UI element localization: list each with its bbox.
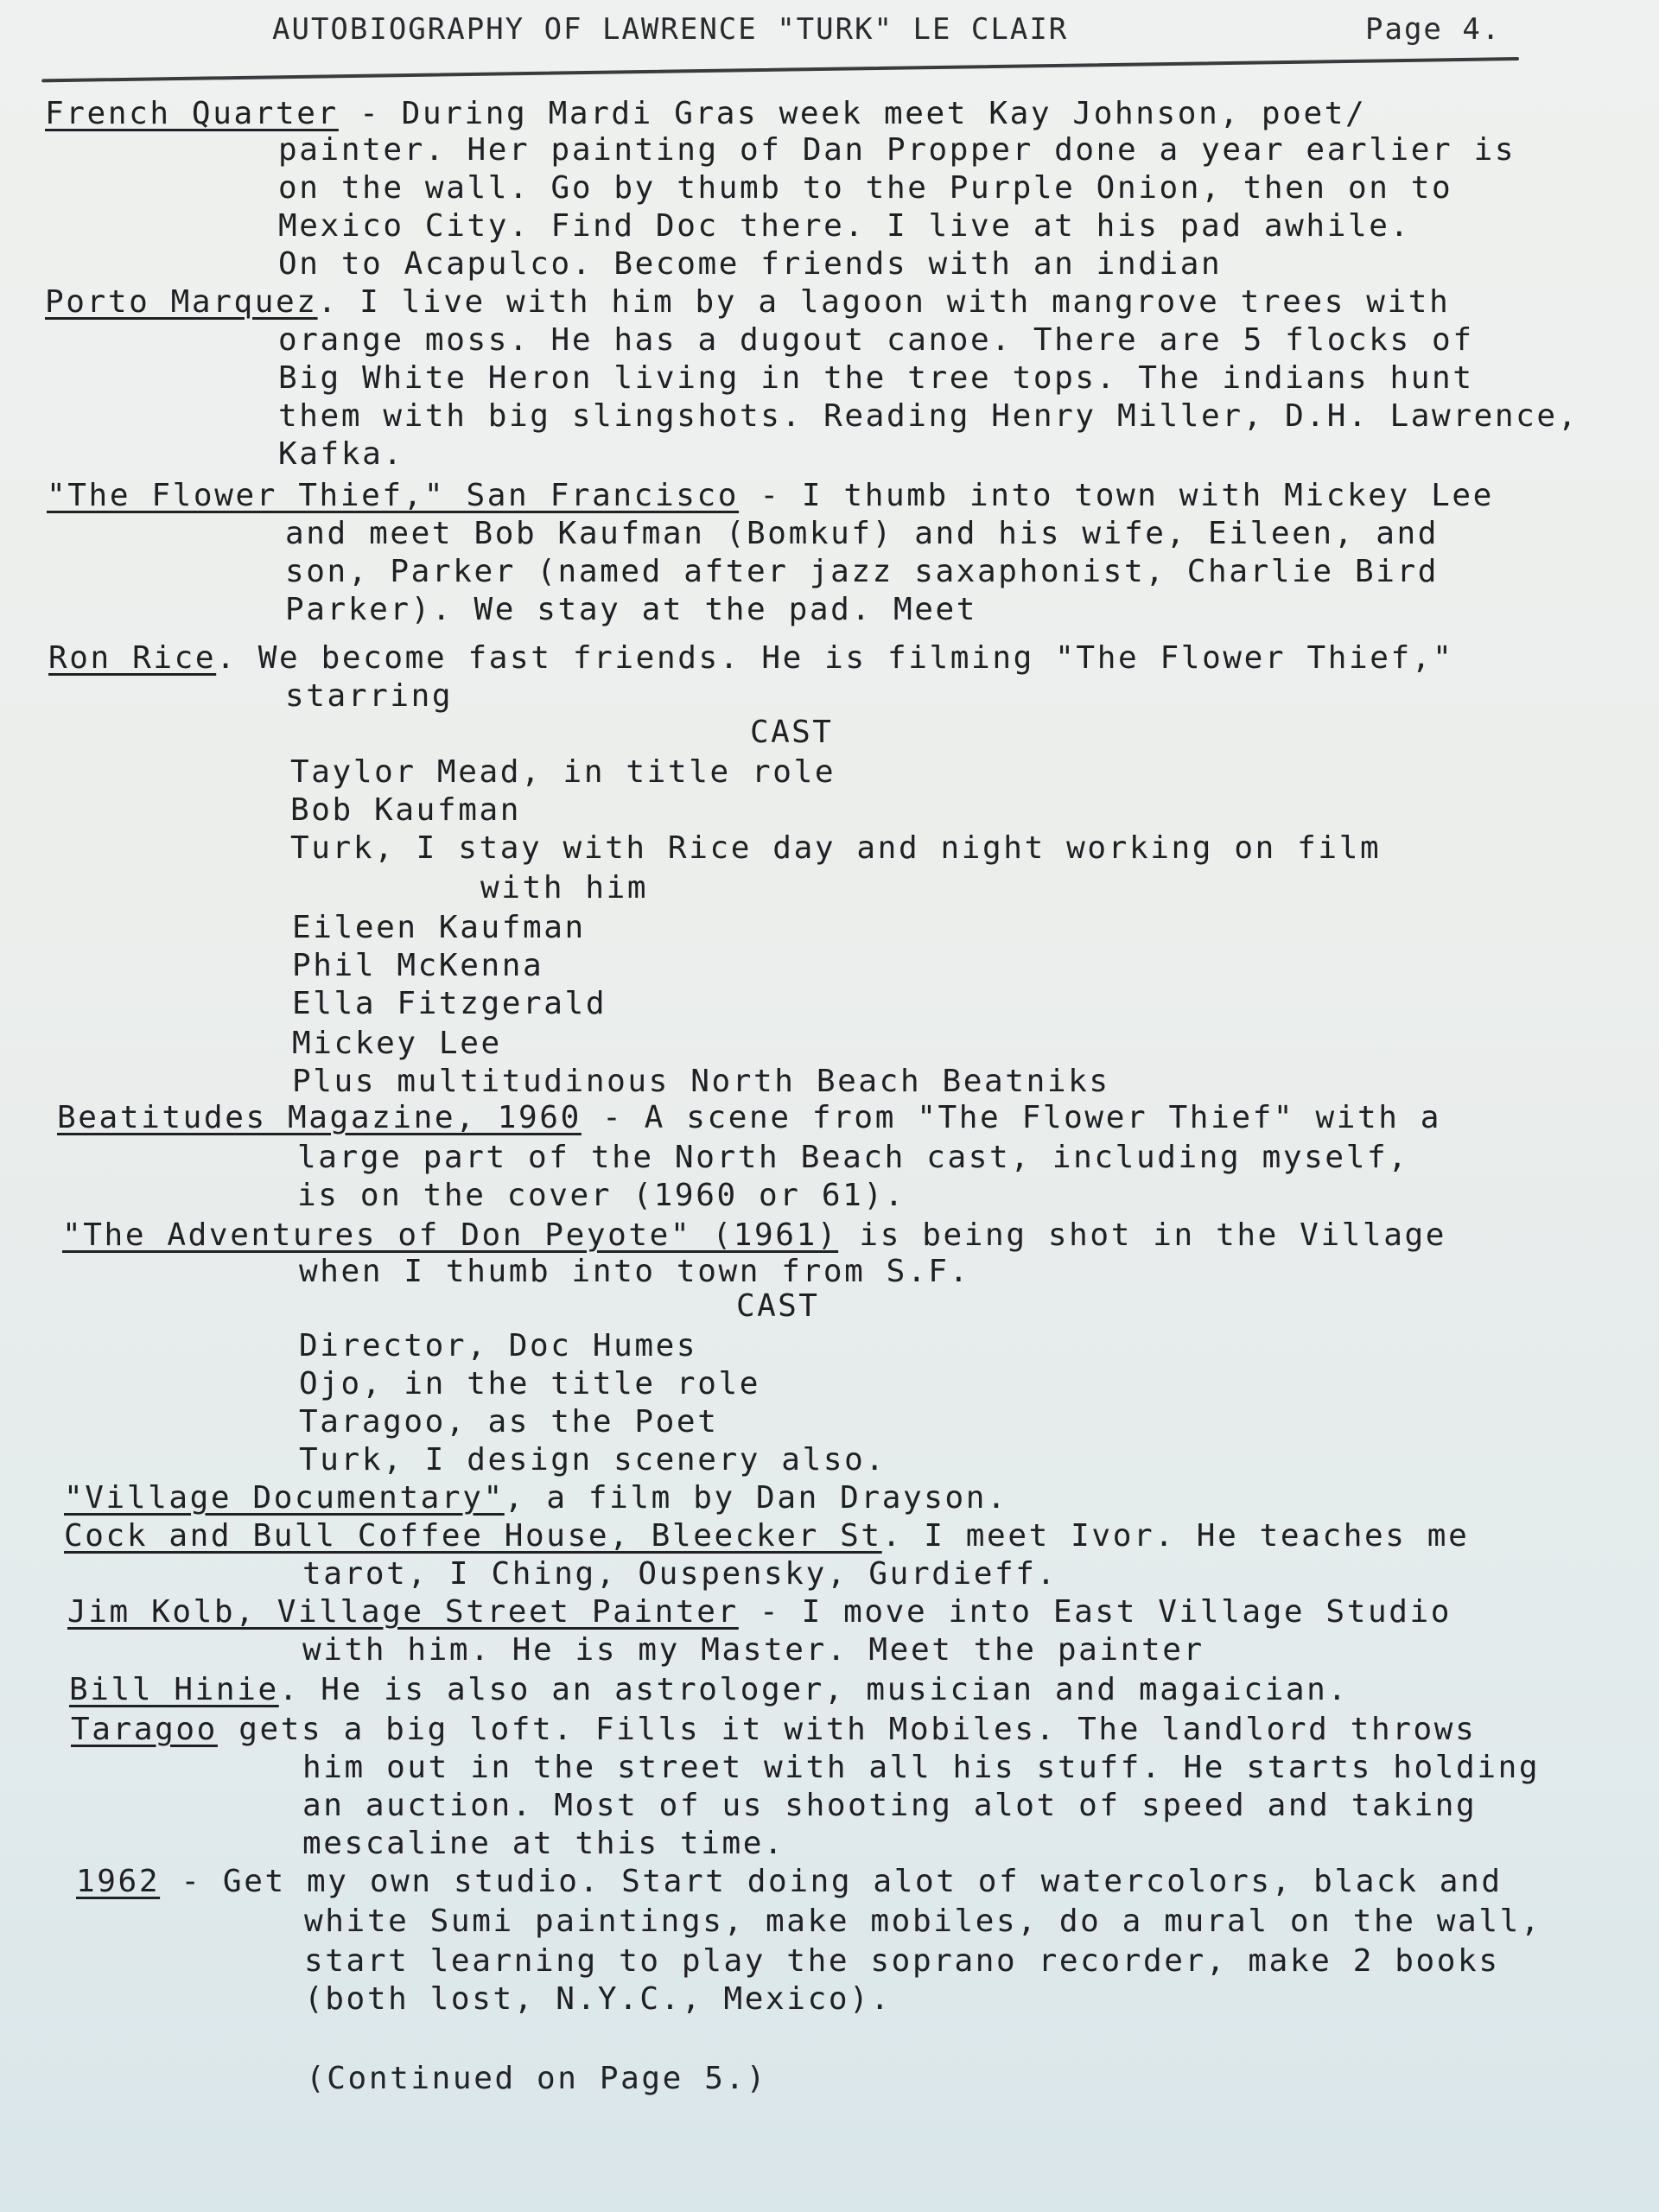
cast-heading: CAST (736, 1287, 819, 1325)
entry-text: him out in the street with all his stuff… (302, 1749, 1540, 1787)
entry-text: - I move into East Village Studio (739, 1594, 1452, 1630)
entry-porto-marquez: Porto Marquez. I live with him by a lago… (45, 283, 1450, 321)
entry-text: on the wall. Go by thumb to the Purple O… (278, 169, 1452, 207)
entry-jim-kolb: Jim Kolb, Village Street Painter - I mov… (67, 1593, 1452, 1631)
cast-member: Bob Kaufman (290, 791, 521, 829)
entry-text: . I meet Ivor. He teaches me (882, 1518, 1470, 1554)
entry-text: . I live with him by a lagoon with mangr… (318, 284, 1451, 320)
entry-text: starring (285, 677, 453, 715)
entry-text: white Sumi paintings, make mobiles, do a… (304, 1903, 1541, 1941)
entry-village-documentary: "Village Documentary", a film by Dan Dra… (64, 1479, 1007, 1517)
entry-text: start learning to play the soprano recor… (304, 1942, 1500, 1980)
entry-text: an auction. Most of us shooting alot of … (302, 1787, 1477, 1825)
entry-beatitudes: Beatitudes Magazine, 1960 - A scene from… (57, 1099, 1441, 1137)
entry-text: Mexico City. Find Doc there. I live at h… (278, 207, 1411, 245)
entry-heading: Beatitudes Magazine, 1960 (57, 1100, 582, 1135)
page-number: Page 4. (1365, 12, 1501, 47)
entry-text: painter. Her painting of Dan Propper don… (278, 131, 1516, 169)
entry-text: tarot, I Ching, Ouspensky, Gurdieff. (302, 1555, 1058, 1593)
cast-member: Taylor Mead, in title role (290, 753, 836, 791)
entry-text: Big White Heron living in the tree tops.… (278, 359, 1474, 397)
entry-heading: "Village Documentary" (64, 1480, 505, 1516)
entry-text: mescaline at this time. (302, 1825, 785, 1863)
entry-bill-hinie: Bill Hinie. He is also an astrologer, mu… (69, 1671, 1349, 1709)
entry-text: is being shot in the Village (838, 1217, 1446, 1253)
entry-text: , a film by Dan Drayson. (505, 1480, 1008, 1516)
entry-text: when I thumb into town from S.F. (299, 1253, 970, 1291)
entry-heading: Jim Kolb, Village Street Painter (67, 1594, 739, 1630)
document-title: AUTOBIOGRAPHY OF LAWRENCE "TURK" LE CLAI… (272, 12, 1068, 47)
entry-heading: 1962 (76, 1864, 160, 1899)
header-rule (41, 57, 1519, 82)
continued-note: (Continued on Page 5.) (306, 2060, 767, 2098)
entry-ron-rice: Ron Rice. We become fast friends. He is … (48, 639, 1453, 677)
cast-member: Eileen Kaufman (292, 909, 586, 947)
entry-heading: Ron Rice (48, 640, 216, 676)
entry-taragoo: Taragoo gets a big loft. Fills it with M… (71, 1711, 1476, 1749)
cast-member: Director, Doc Humes (299, 1327, 697, 1365)
entry-text: them with big slingshots. Reading Henry … (278, 397, 1579, 435)
typewritten-page: AUTOBIOGRAPHY OF LAWRENCE "TURK" LE CLAI… (0, 0, 1659, 2212)
entry-heading: Taragoo (71, 1712, 218, 1747)
entry-text: is on the cover (1960 or 61). (297, 1177, 906, 1215)
entry-text: large part of the North Beach cast, incl… (297, 1139, 1409, 1177)
entry-flower-thief: "The Flower Thief," San Francisco - I th… (47, 477, 1494, 515)
entry-text: gets a big loft. Fills it with Mobiles. … (218, 1712, 1476, 1747)
entry-text: orange moss. He has a dugout canoe. Ther… (278, 321, 1474, 359)
cast-member: Taragoo, as the Poet (299, 1403, 718, 1441)
cast-member: Turk, I stay with Rice day and night wor… (290, 829, 1381, 868)
cast-member: Ojo, in the title role (299, 1365, 760, 1403)
entry-text: and meet Bob Kaufman (Bomkuf) and his wi… (285, 515, 1439, 553)
entry-text: Parker). We stay at the pad. Meet (285, 591, 977, 629)
page-header: AUTOBIOGRAPHY OF LAWRENCE "TURK" LE CLAI… (272, 12, 1516, 47)
entry-text: son, Parker (named after jazz saxaphonis… (285, 553, 1439, 591)
cast-member: Turk, I design scenery also. (299, 1441, 887, 1479)
cast-member: with him (480, 869, 648, 907)
entry-text: . We become fast friends. He is filming … (216, 640, 1453, 676)
entry-text: - I thumb into town with Mickey Lee (739, 478, 1494, 513)
entry-cock-and-bull: Cock and Bull Coffee House, Bleecker St.… (64, 1517, 1469, 1555)
cast-member: Mickey Lee (292, 1025, 502, 1063)
entry-text: with him. He is my Master. Meet the pain… (302, 1631, 1205, 1669)
cast-member: Plus multitudinous North Beach Beatniks (292, 1063, 1110, 1101)
entry-french-quarter: French Quarter - During Mardi Gras week … (45, 95, 1366, 133)
entry-don-peyote: "The Adventures of Don Peyote" (1961) is… (62, 1217, 1446, 1255)
entry-text: - Get my own studio. Start doing alot of… (160, 1864, 1503, 1899)
entry-text: - During Mardi Gras week meet Kay Johnso… (339, 96, 1366, 131)
entry-text: . He is also an astrologer, musician and… (279, 1672, 1349, 1707)
cast-member: Phil McKenna (292, 947, 543, 985)
entry-heading: French Quarter (45, 96, 339, 131)
entry-1962: 1962 - Get my own studio. Start doing al… (76, 1863, 1503, 1901)
entry-heading: "The Flower Thief," San Francisco (47, 478, 739, 513)
cast-heading: CAST (750, 714, 833, 752)
entry-heading: Bill Hinie (69, 1672, 279, 1707)
entry-text: Kafka. (278, 435, 404, 474)
entry-text: On to Acapulco. Become friends with an i… (278, 245, 1222, 283)
entry-heading: Porto Marquez (45, 284, 318, 320)
cast-member: Ella Fitzgerald (292, 985, 607, 1023)
entry-text: (both lost, N.Y.C., Mexico). (304, 1980, 892, 2018)
entry-heading: Cock and Bull Coffee House, Bleecker St (64, 1518, 882, 1554)
entry-text: - A scene from "The Flower Thief" with a (582, 1100, 1441, 1135)
entry-heading: "The Adventures of Don Peyote" (1961) (62, 1217, 838, 1253)
